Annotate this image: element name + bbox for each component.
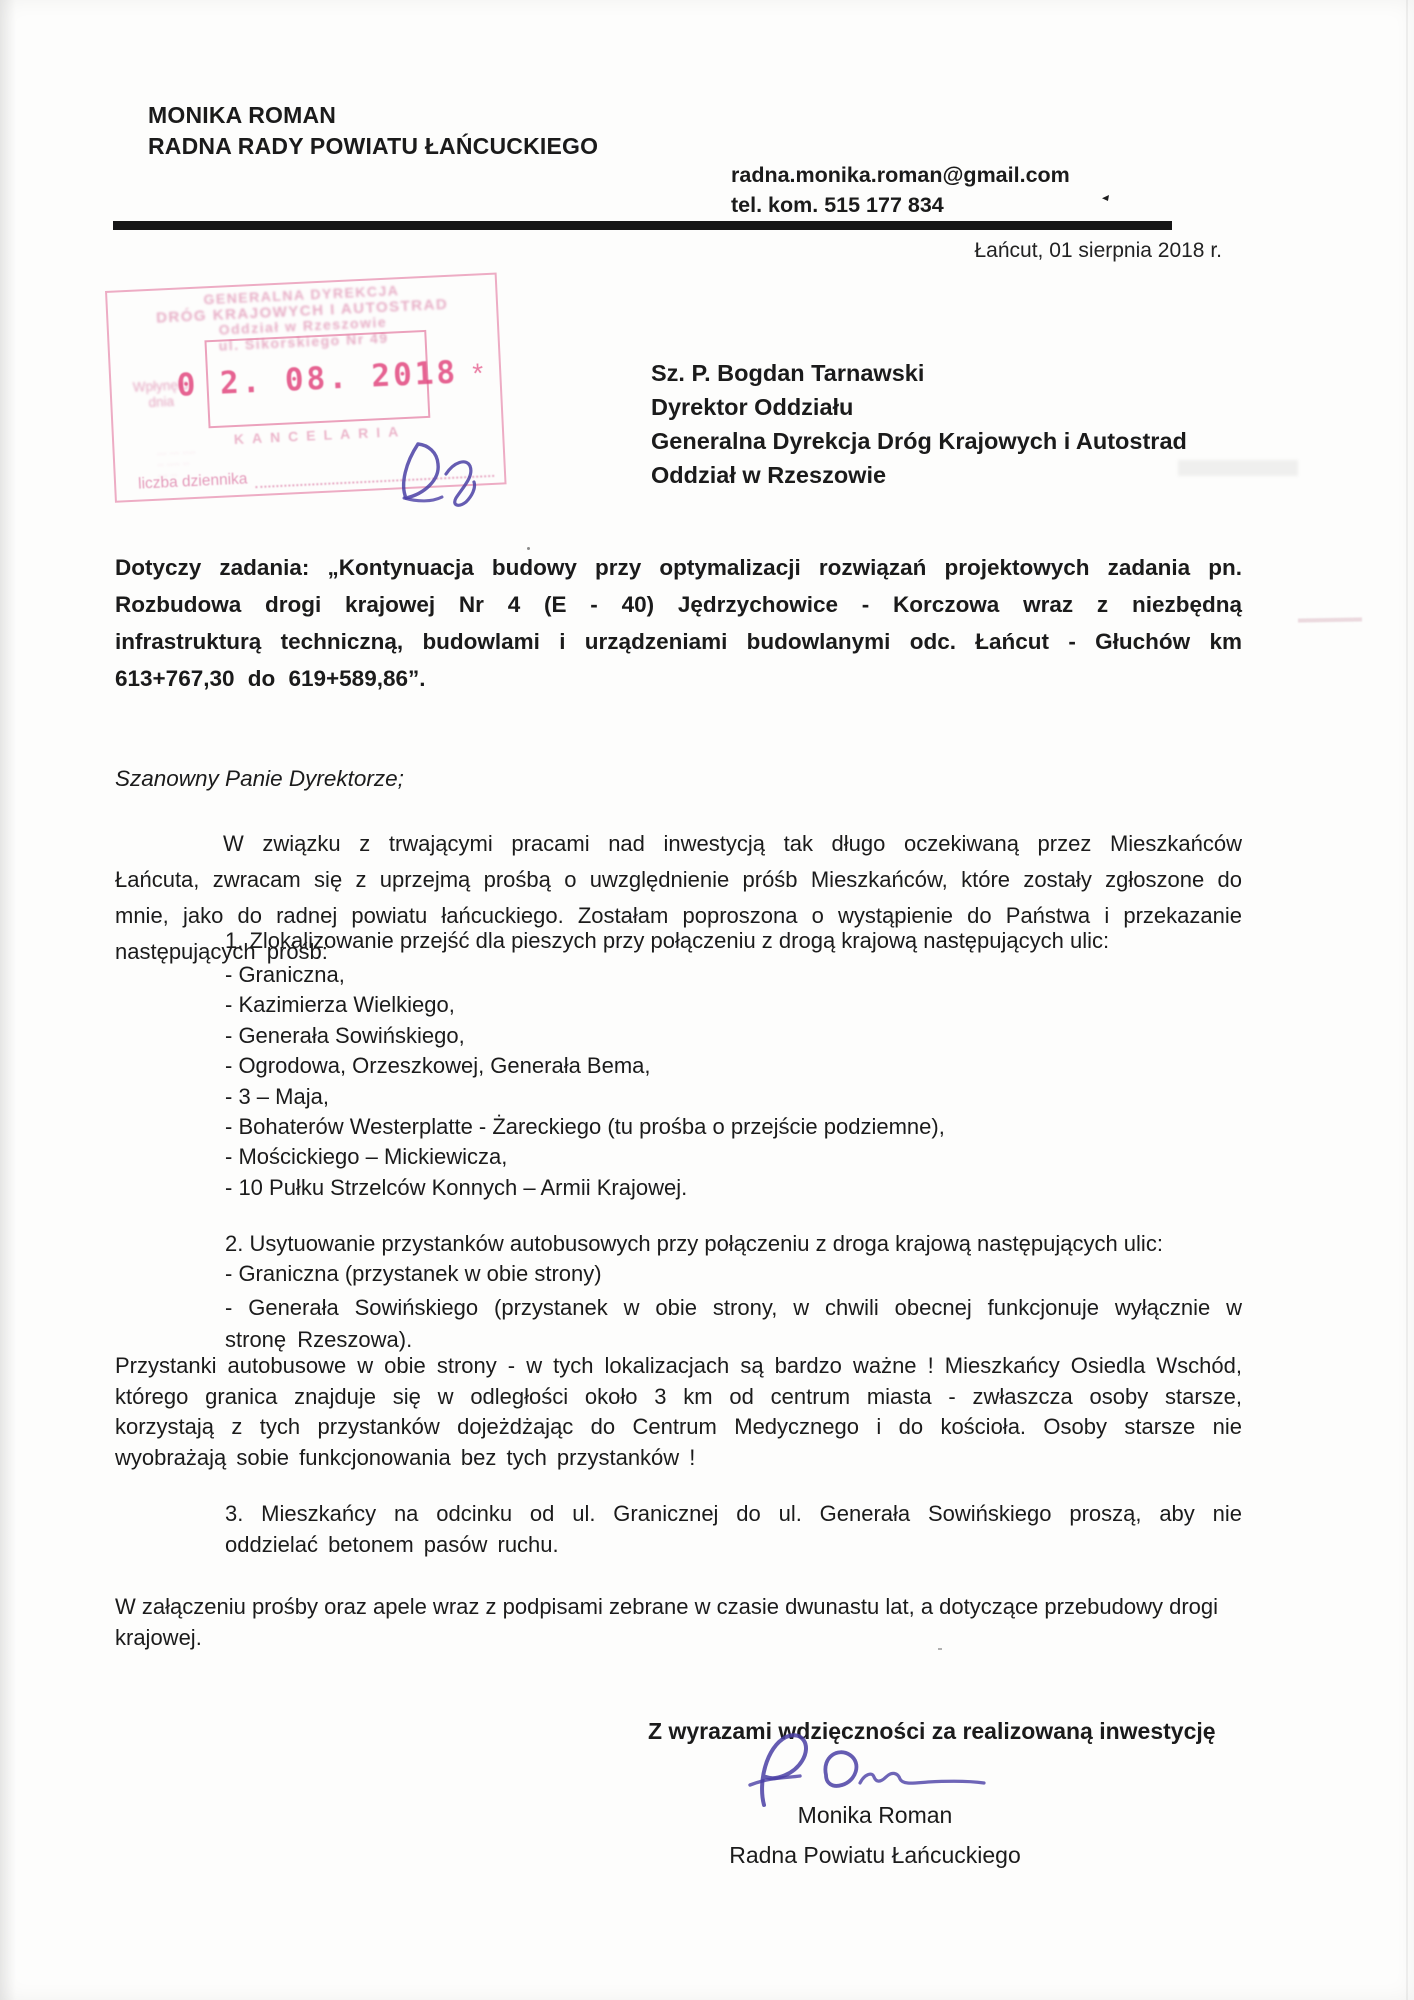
street-list: - Graniczna, - Kazimierza Wielkiego, - G…	[225, 960, 945, 1203]
recipient-title: Dyrektor Oddziału	[651, 390, 1187, 424]
stamp-asterisk: *	[472, 357, 484, 389]
street-item: - 3 – Maja,	[225, 1082, 945, 1112]
dateline: Łańcut, 01 sierpnia 2018 r.	[974, 239, 1222, 263]
list2-sub-item-2: - Generała Sowińskiego (przystanek w obi…	[225, 1292, 1242, 1356]
item3-paragraph: 3. Mieszkańcy na odcinku od ul. Graniczn…	[225, 1498, 1242, 1560]
subject-paragraph: Dotyczy zadania: „Kontynuacja budowy prz…	[115, 549, 1242, 697]
signature-block: Monika Roman Radna Powiatu Łańcuckiego	[640, 1795, 1110, 1875]
street-item: - Bohaterów Westerplatte - Żareckiego (t…	[225, 1112, 945, 1142]
recipient-branch: Oddział w Rzeszowie	[651, 458, 1187, 492]
street-item: - Mościckiego – Mickiewicza,	[225, 1142, 945, 1172]
sender-role: RADNA RADY POWIATU ŁAŃCUCKIEGO	[148, 131, 598, 162]
signature-name: Monika Roman	[640, 1795, 1110, 1835]
recipient-org: Generalna Dyrekcja Dróg Krajowych i Auto…	[651, 424, 1187, 458]
scan-artifact-dash	[1298, 617, 1362, 622]
stamp-date-box: 0 2. 08. 2018	[204, 330, 430, 428]
street-item: - Kazimierza Wielkiego,	[225, 990, 945, 1020]
sender-email: radna.monika.roman@gmail.com	[731, 160, 1070, 190]
stamp-date: 0 2. 08. 2018	[176, 354, 459, 403]
sender-block: MONIKA ROMAN RADNA RADY POWIATU ŁAŃCUCKI…	[148, 100, 598, 162]
street-item: - Generała Sowińskiego,	[225, 1021, 945, 1051]
list2-sub-item-1: - Graniczna (przystanek w obie strony)	[225, 1261, 602, 1287]
list1-heading: 1. Zlokalizowanie przejść dla pieszych p…	[225, 928, 1109, 954]
stamp-journal-dotted-line	[255, 461, 494, 488]
body-paragraph-2: Przystanki autobusowe w obie strony - w …	[115, 1351, 1242, 1473]
sender-contact-block: radna.monika.roman@gmail.com tel. kom. 5…	[731, 160, 1070, 220]
attachment-paragraph: W załączeniu prośby oraz apele wraz z po…	[115, 1591, 1242, 1653]
stamp-journal-label: liczba dziennika	[138, 471, 248, 494]
street-item: - 10 Pułku Strzelców Konnych – Armii Kra…	[225, 1173, 945, 1203]
scan-artifact-smudge	[1178, 460, 1298, 476]
scan-artifact-mark	[1102, 195, 1109, 201]
sender-phone: tel. kom. 515 177 834	[731, 190, 1070, 220]
street-item: - Ogrodowa, Orzeszkowej, Generała Bema,	[225, 1051, 945, 1081]
signature-title: Radna Powiatu Łańcuckiego	[640, 1835, 1110, 1875]
receipt-stamp: GENERALNA DYREKCJA DRÓG KRAJOWYCH I AUTO…	[105, 273, 507, 503]
list2-heading: 2. Usytuowanie przystanków autobusowych …	[225, 1231, 1163, 1257]
recipient-block: Sz. P. Bogdan Tarnawski Dyrektor Oddział…	[651, 356, 1187, 492]
salutation: Szanowny Panie Dyrektorze;	[115, 766, 404, 792]
closing-line: Z wyrazami wdzięczności za realizowaną i…	[648, 1718, 1216, 1745]
sender-name: MONIKA ROMAN	[148, 100, 598, 131]
header-rule	[113, 221, 1172, 230]
letter-document: MONIKA ROMAN RADNA RADY POWIATU ŁAŃCUCKI…	[0, 0, 1414, 2000]
recipient-name: Sz. P. Bogdan Tarnawski	[651, 356, 1187, 390]
street-item: - Graniczna,	[225, 960, 945, 990]
